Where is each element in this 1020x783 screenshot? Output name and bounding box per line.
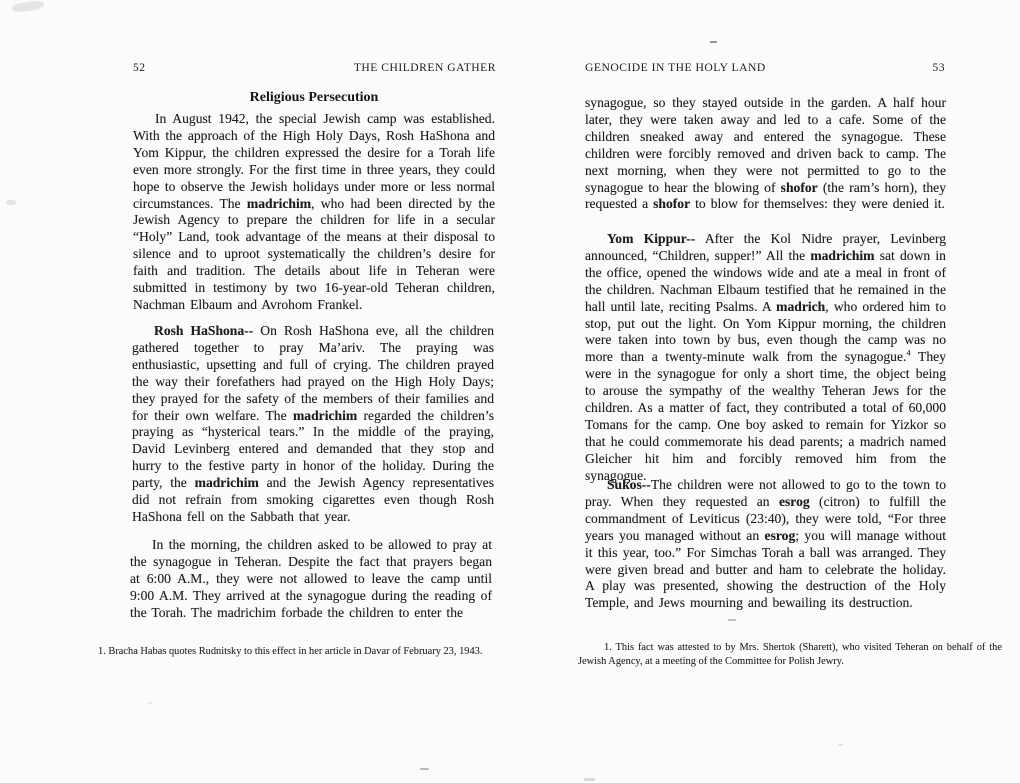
right-paragraph-3: Sukos--The children were not allowed to … bbox=[585, 477, 946, 612]
page-number-right: 53 bbox=[932, 61, 945, 74]
running-head-row-right: GENOCIDE IN THE HOLY LAND 53 bbox=[585, 61, 945, 74]
right-paragraph-2: Yom Kippur-- After the Kol Nidre prayer,… bbox=[585, 231, 946, 485]
footnote-left: 1. Bracha Habas quotes Rudnitsky to this… bbox=[64, 645, 498, 659]
left-paragraph-2: Rosh HaShona-- On Rosh HaShona eve, all … bbox=[132, 323, 494, 526]
running-head-row-left: 52 THE CHILDREN GATHER bbox=[133, 61, 496, 74]
page-number-left: 52 bbox=[133, 61, 146, 74]
scan-artifact bbox=[710, 41, 717, 43]
section-heading: Religious Persecution bbox=[133, 90, 495, 106]
scan-artifact bbox=[584, 778, 595, 781]
scan-artifact bbox=[728, 619, 736, 621]
running-head-right: GENOCIDE IN THE HOLY LAND bbox=[585, 61, 766, 74]
footnote-right: 1. This fact was attested to by Mrs. She… bbox=[578, 641, 1002, 668]
scan-artifact bbox=[420, 768, 429, 770]
left-paragraph-1: In August 1942, the special Jewish camp … bbox=[133, 111, 495, 314]
left-paragraph-3: In the morning, the children asked to be… bbox=[130, 537, 492, 622]
scan-artifact bbox=[6, 200, 16, 205]
book-spread-scan: 52 THE CHILDREN GATHER Religious Persecu… bbox=[0, 0, 1020, 783]
scan-artifact bbox=[12, 0, 45, 13]
running-head-left: THE CHILDREN GATHER bbox=[354, 61, 496, 74]
scan-artifact bbox=[838, 744, 843, 746]
right-paragraph-1: synagogue, so they stayed outside in the… bbox=[585, 95, 946, 213]
scan-artifact bbox=[148, 702, 152, 704]
